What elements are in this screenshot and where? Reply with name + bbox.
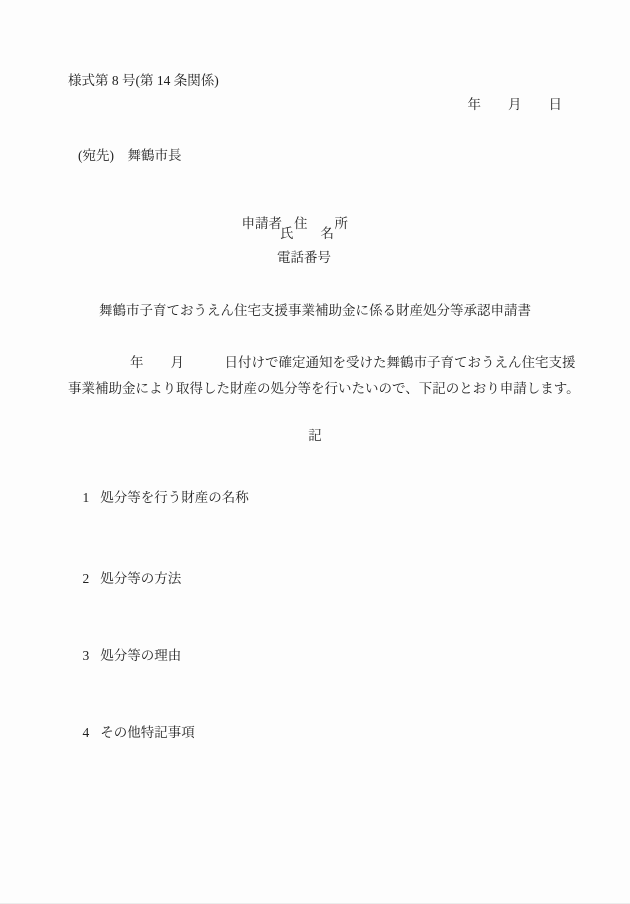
- item-2-label: 処分等の方法: [100, 571, 181, 586]
- applicant-label: 申請者: [242, 216, 283, 231]
- item-1-number: 1: [83, 490, 90, 505]
- list-item-3: 3処分等の理由: [69, 635, 181, 678]
- form-number: 様式第 8 号(第 14 条関係): [68, 74, 219, 88]
- item-3-number: 3: [83, 648, 90, 663]
- list-item-1: 1処分等を行う財産の名称: [69, 477, 249, 520]
- applicant-phone-label: 電話番号: [277, 251, 331, 265]
- list-item-4: 4その他特記事項: [69, 712, 195, 755]
- document-title: 舞鶴市子育ておうえん住宅支援事業補助金に係る財産処分等承認申請書: [0, 304, 630, 318]
- list-item-2: 2処分等の方法: [69, 558, 181, 601]
- item-4-number: 4: [83, 725, 90, 740]
- date-line: 年 月 日: [468, 98, 563, 112]
- body-paragraph-line-1: 年 月 日付けで確定通知を受けた舞鶴市子育ておうえん住宅支援: [130, 356, 576, 370]
- item-4-label: その他特記事項: [100, 725, 195, 740]
- item-3-label: 処分等の理由: [100, 648, 181, 663]
- recipient-line: (宛先) 舞鶴市長: [78, 149, 182, 163]
- applicant-name-label: 氏 名: [280, 227, 334, 241]
- document-page: 様式第 8 号(第 14 条関係) 年 月 日 (宛先) 舞鶴市長 申請者住 所…: [0, 0, 630, 904]
- item-1-label: 処分等を行う財産の名称: [100, 490, 249, 505]
- body-paragraph-line-2: 事業補助金により取得した財産の処分等を行いたいので、下記のとおり申請します。: [68, 382, 580, 396]
- item-2-number: 2: [83, 571, 90, 586]
- ki-heading: 記: [0, 429, 630, 443]
